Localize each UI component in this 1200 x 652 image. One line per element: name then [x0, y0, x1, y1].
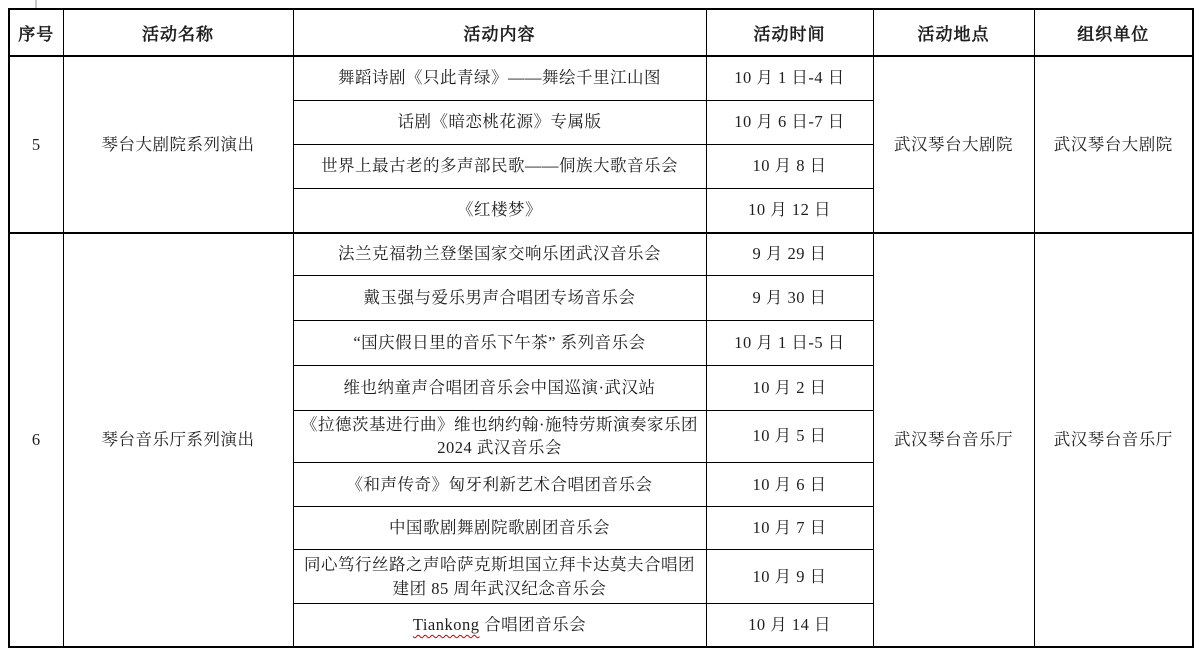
table-body: 5琴台大剧院系列演出舞蹈诗剧《只此青绿》——舞绘千里江山图10 月 1 日-4 … [9, 56, 1193, 647]
header-cell-name: 活动名称 [63, 9, 293, 56]
activity-name-cell: 琴台音乐厅系列演出 [63, 233, 293, 647]
activity-location-cell: 武汉琴台大剧院 [873, 56, 1034, 233]
activity-content-cell: 舞蹈诗剧《只此青绿》——舞绘千里江山图 [293, 56, 706, 100]
activity-time-cell: 10 月 2 日 [706, 365, 873, 410]
activity-time-cell: 10 月 6 日 [706, 463, 873, 507]
activity-content-cell: 维也纳童声合唱团音乐会中国巡演·武汉站 [293, 365, 706, 410]
activity-time-cell: 10 月 5 日 [706, 410, 873, 463]
activity-time-cell: 10 月 1 日-5 日 [706, 320, 873, 365]
organizer-cell: 武汉琴台音乐厅 [1034, 233, 1193, 647]
activity-content-cell: 同心笃行丝路之声哈萨克斯坦国立拜卡达莫夫合唱团建团 85 周年武汉纪念音乐会 [293, 550, 706, 604]
table-row: 6琴台音乐厅系列演出法兰克福勃兰登堡国家交响乐团武汉音乐会9 月 29 日武汉琴… [9, 233, 1193, 275]
row-index-cell: 5 [9, 56, 63, 233]
activity-time-cell: 10 月 1 日-4 日 [706, 56, 873, 100]
activity-content-cell: “国庆假日里的音乐下午茶” 系列音乐会 [293, 320, 706, 365]
activity-time-cell: 9 月 29 日 [706, 233, 873, 275]
table-header: 序号活动名称活动内容活动时间活动地点组织单位 [9, 9, 1193, 56]
header-cell-index: 序号 [9, 9, 63, 56]
table-header-row: 序号活动名称活动内容活动时间活动地点组织单位 [9, 9, 1193, 56]
activity-content-cell: 世界上最古老的多声部民歌——侗族大歌音乐会 [293, 144, 706, 188]
activity-content-cell: 《和声传奇》匈牙利新艺术合唱团音乐会 [293, 463, 706, 507]
header-cell-location: 活动地点 [873, 9, 1034, 56]
row-index-cell: 6 [9, 233, 63, 647]
activity-content-cell: Tiankong 合唱团音乐会 [293, 604, 706, 647]
activity-name-cell: 琴台大剧院系列演出 [63, 56, 293, 233]
header-cell-organizer: 组织单位 [1034, 9, 1193, 56]
activity-content-cell: 法兰克福勃兰登堡国家交响乐团武汉音乐会 [293, 233, 706, 275]
page: 序号活动名称活动内容活动时间活动地点组织单位 5琴台大剧院系列演出舞蹈诗剧《只此… [0, 0, 1200, 652]
activity-time-cell: 10 月 14 日 [706, 604, 873, 647]
activity-time-cell: 10 月 8 日 [706, 144, 873, 188]
activity-time-cell: 10 月 9 日 [706, 550, 873, 604]
events-table: 序号活动名称活动内容活动时间活动地点组织单位 5琴台大剧院系列演出舞蹈诗剧《只此… [8, 8, 1194, 648]
activity-time-cell: 9 月 30 日 [706, 275, 873, 320]
activity-content-cell: 《拉德茨基进行曲》维也纳约翰·施特劳斯演奏家乐团 2024 武汉音乐会 [293, 410, 706, 463]
activity-location-cell: 武汉琴台音乐厅 [873, 233, 1034, 647]
activity-time-cell: 10 月 12 日 [706, 188, 873, 233]
header-cell-time: 活动时间 [706, 9, 873, 56]
activity-time-cell: 10 月 7 日 [706, 507, 873, 550]
content-text-part: 合唱团音乐会 [480, 615, 587, 634]
activity-content-cell: 话剧《暗恋桃花源》专属版 [293, 100, 706, 144]
activity-content-cell: 《红楼梦》 [293, 188, 706, 233]
activity-time-cell: 10 月 6 日-7 日 [706, 100, 873, 144]
spellcheck-underlined-text: Tiankong [413, 615, 480, 634]
header-cell-content: 活动内容 [293, 9, 706, 56]
table-row: 5琴台大剧院系列演出舞蹈诗剧《只此青绿》——舞绘千里江山图10 月 1 日-4 … [9, 56, 1193, 100]
activity-content-cell: 戴玉强与爱乐男声合唱团专场音乐会 [293, 275, 706, 320]
activity-content-cell: 中国歌剧舞剧院歌剧团音乐会 [293, 507, 706, 550]
organizer-cell: 武汉琴台大剧院 [1034, 56, 1193, 233]
